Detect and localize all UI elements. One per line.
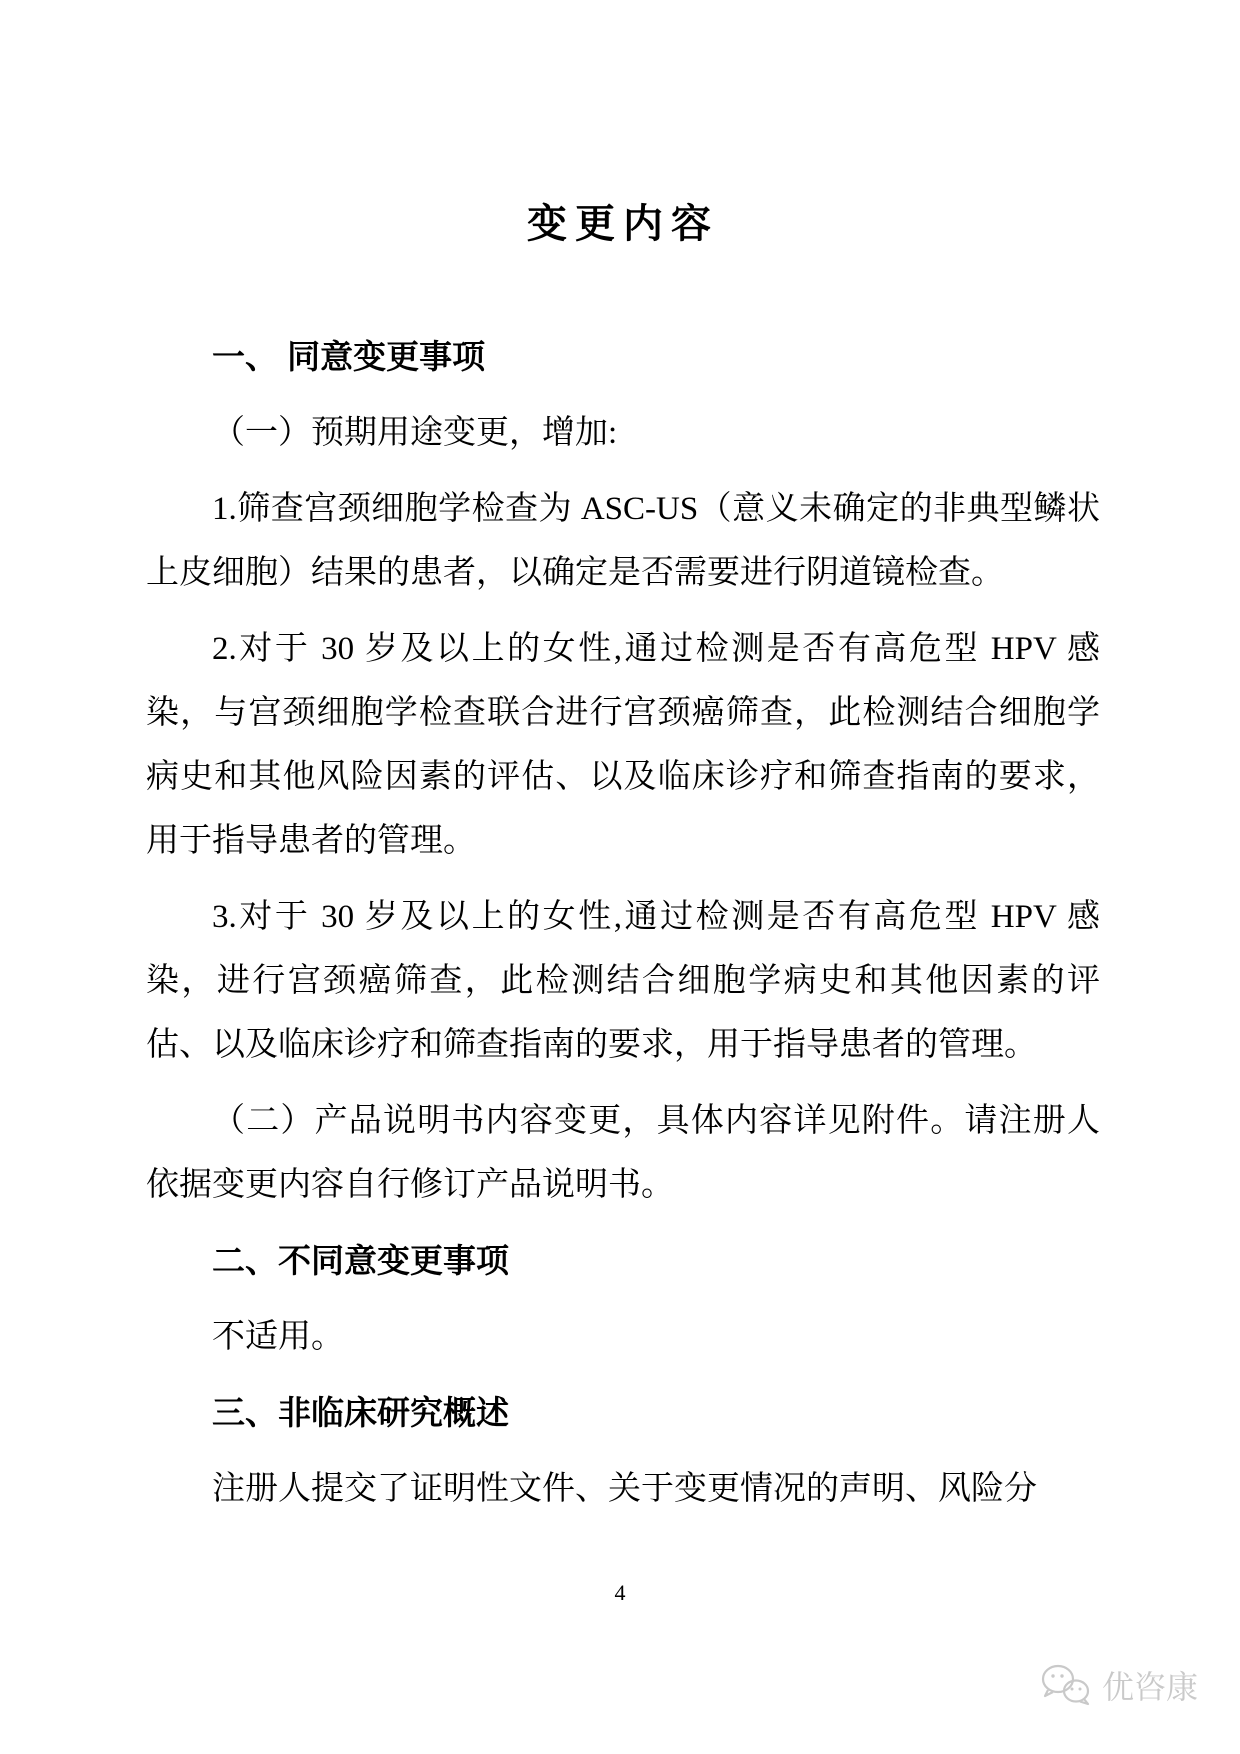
watermark: 优咨康 — [1038, 1662, 1198, 1708]
section-heading-1: 一、 同意变更事项 — [146, 325, 1100, 389]
paragraph: 1.筛查宫颈细胞学检查为 ASC-US（意义未确定的非典型鳞状上皮细胞）结果的患… — [146, 477, 1100, 605]
section-heading-3: 三、非临床研究概述 — [146, 1381, 1100, 1445]
watermark-label: 优咨康 — [1102, 1662, 1198, 1708]
page-number: 4 — [0, 1580, 1240, 1606]
section-heading-2: 二、不同意变更事项 — [146, 1229, 1100, 1293]
page-title: 变更内容 — [146, 192, 1100, 249]
wechat-chat-bubbles-icon — [1038, 1662, 1094, 1708]
paragraph: （一）预期用途变更，增加: — [146, 401, 1100, 465]
paragraph: 3.对于 30 岁及以上的女性,通过检测是否有高危型 HPV 感染，进行宫颈癌筛… — [146, 885, 1100, 1077]
document-body: 变更内容 一、 同意变更事项 （一）预期用途变更，增加: 1.筛查宫颈细胞学检查… — [146, 192, 1100, 1533]
paragraph: 不适用。 — [146, 1305, 1100, 1369]
paragraph: 注册人提交了证明性文件、关于变更情况的声明、风险分 — [146, 1457, 1100, 1521]
paragraph: 2.对于 30 岁及以上的女性,通过检测是否有高危型 HPV 感染，与宫颈细胞学… — [146, 617, 1100, 873]
paragraph: （二）产品说明书内容变更，具体内容详见附件。请注册人依据变更内容自行修订产品说明… — [146, 1089, 1100, 1217]
document-page: 变更内容 一、 同意变更事项 （一）预期用途变更，增加: 1.筛查宫颈细胞学检查… — [0, 0, 1240, 1754]
